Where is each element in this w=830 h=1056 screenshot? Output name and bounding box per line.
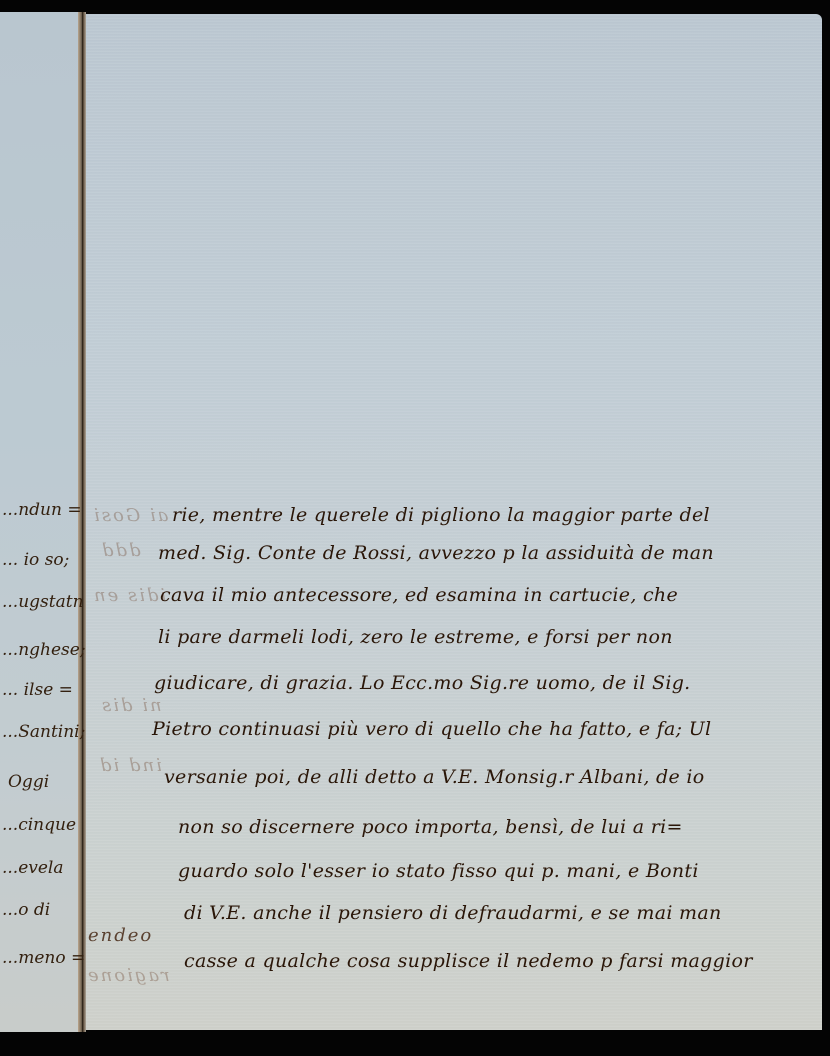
margin-line: Oggi: [8, 772, 49, 792]
letter-line: giudicare, di grazia. Lo Ecc.mo Sig.re u…: [154, 672, 691, 694]
letter-line: versanie poi, de alli detto a V.E. Monsi…: [164, 766, 704, 788]
letter-line: guardo solo l'esser io stato fisso qui p…: [178, 860, 699, 882]
manuscript-scan: ai Gosi ddd idis en ni dis ind id endeo …: [0, 0, 830, 1056]
bleed-through-text: idis en: [92, 585, 166, 606]
margin-line: ...nghese;: [2, 640, 86, 660]
letter-line: rie, mentre le querele di pigliono la ma…: [172, 504, 710, 526]
bleed-through-text: ragione: [86, 965, 170, 986]
letter-line: casse a qualche cosa supplisce il nedemo…: [184, 950, 753, 972]
letter-line: di V.E. anche il pensiero di defraudarmi…: [184, 902, 722, 924]
bleed-through-text: ai Gosi: [92, 505, 168, 526]
margin-line: ...cinque: [2, 815, 76, 835]
binding-fold: [78, 12, 86, 1032]
margin-line: ...ndun =: [2, 500, 82, 520]
margin-line: ...evela: [2, 858, 64, 878]
letter-line: med. Sig. Conte de Rossi, avvezzo p la a…: [158, 542, 714, 564]
margin-line: ... ilse =: [2, 680, 73, 700]
margin-line: ...Santini;: [2, 722, 85, 742]
margin-line: ... io so;: [2, 550, 69, 570]
letter-line: Pietro continuasi più vero di quello che…: [152, 718, 711, 740]
bleed-through-text: ni dis: [100, 695, 162, 716]
bleed-through-text: endeo: [88, 925, 153, 946]
margin-line: ...meno =: [2, 948, 85, 968]
left-page-fragment: [0, 12, 82, 1032]
letter-line: cava il mio antecessore, ed esamina in c…: [160, 584, 678, 606]
bleed-through-text: ddd: [100, 540, 141, 561]
letter-line: li pare darmeli lodi, zero le estreme, e…: [158, 626, 673, 648]
letter-line: non so discernere poco importa, bensì, d…: [178, 816, 683, 838]
margin-line: ...ugstatn: [2, 592, 84, 612]
bleed-through-text: ind id: [98, 755, 162, 776]
margin-line: ...o di: [2, 900, 50, 920]
